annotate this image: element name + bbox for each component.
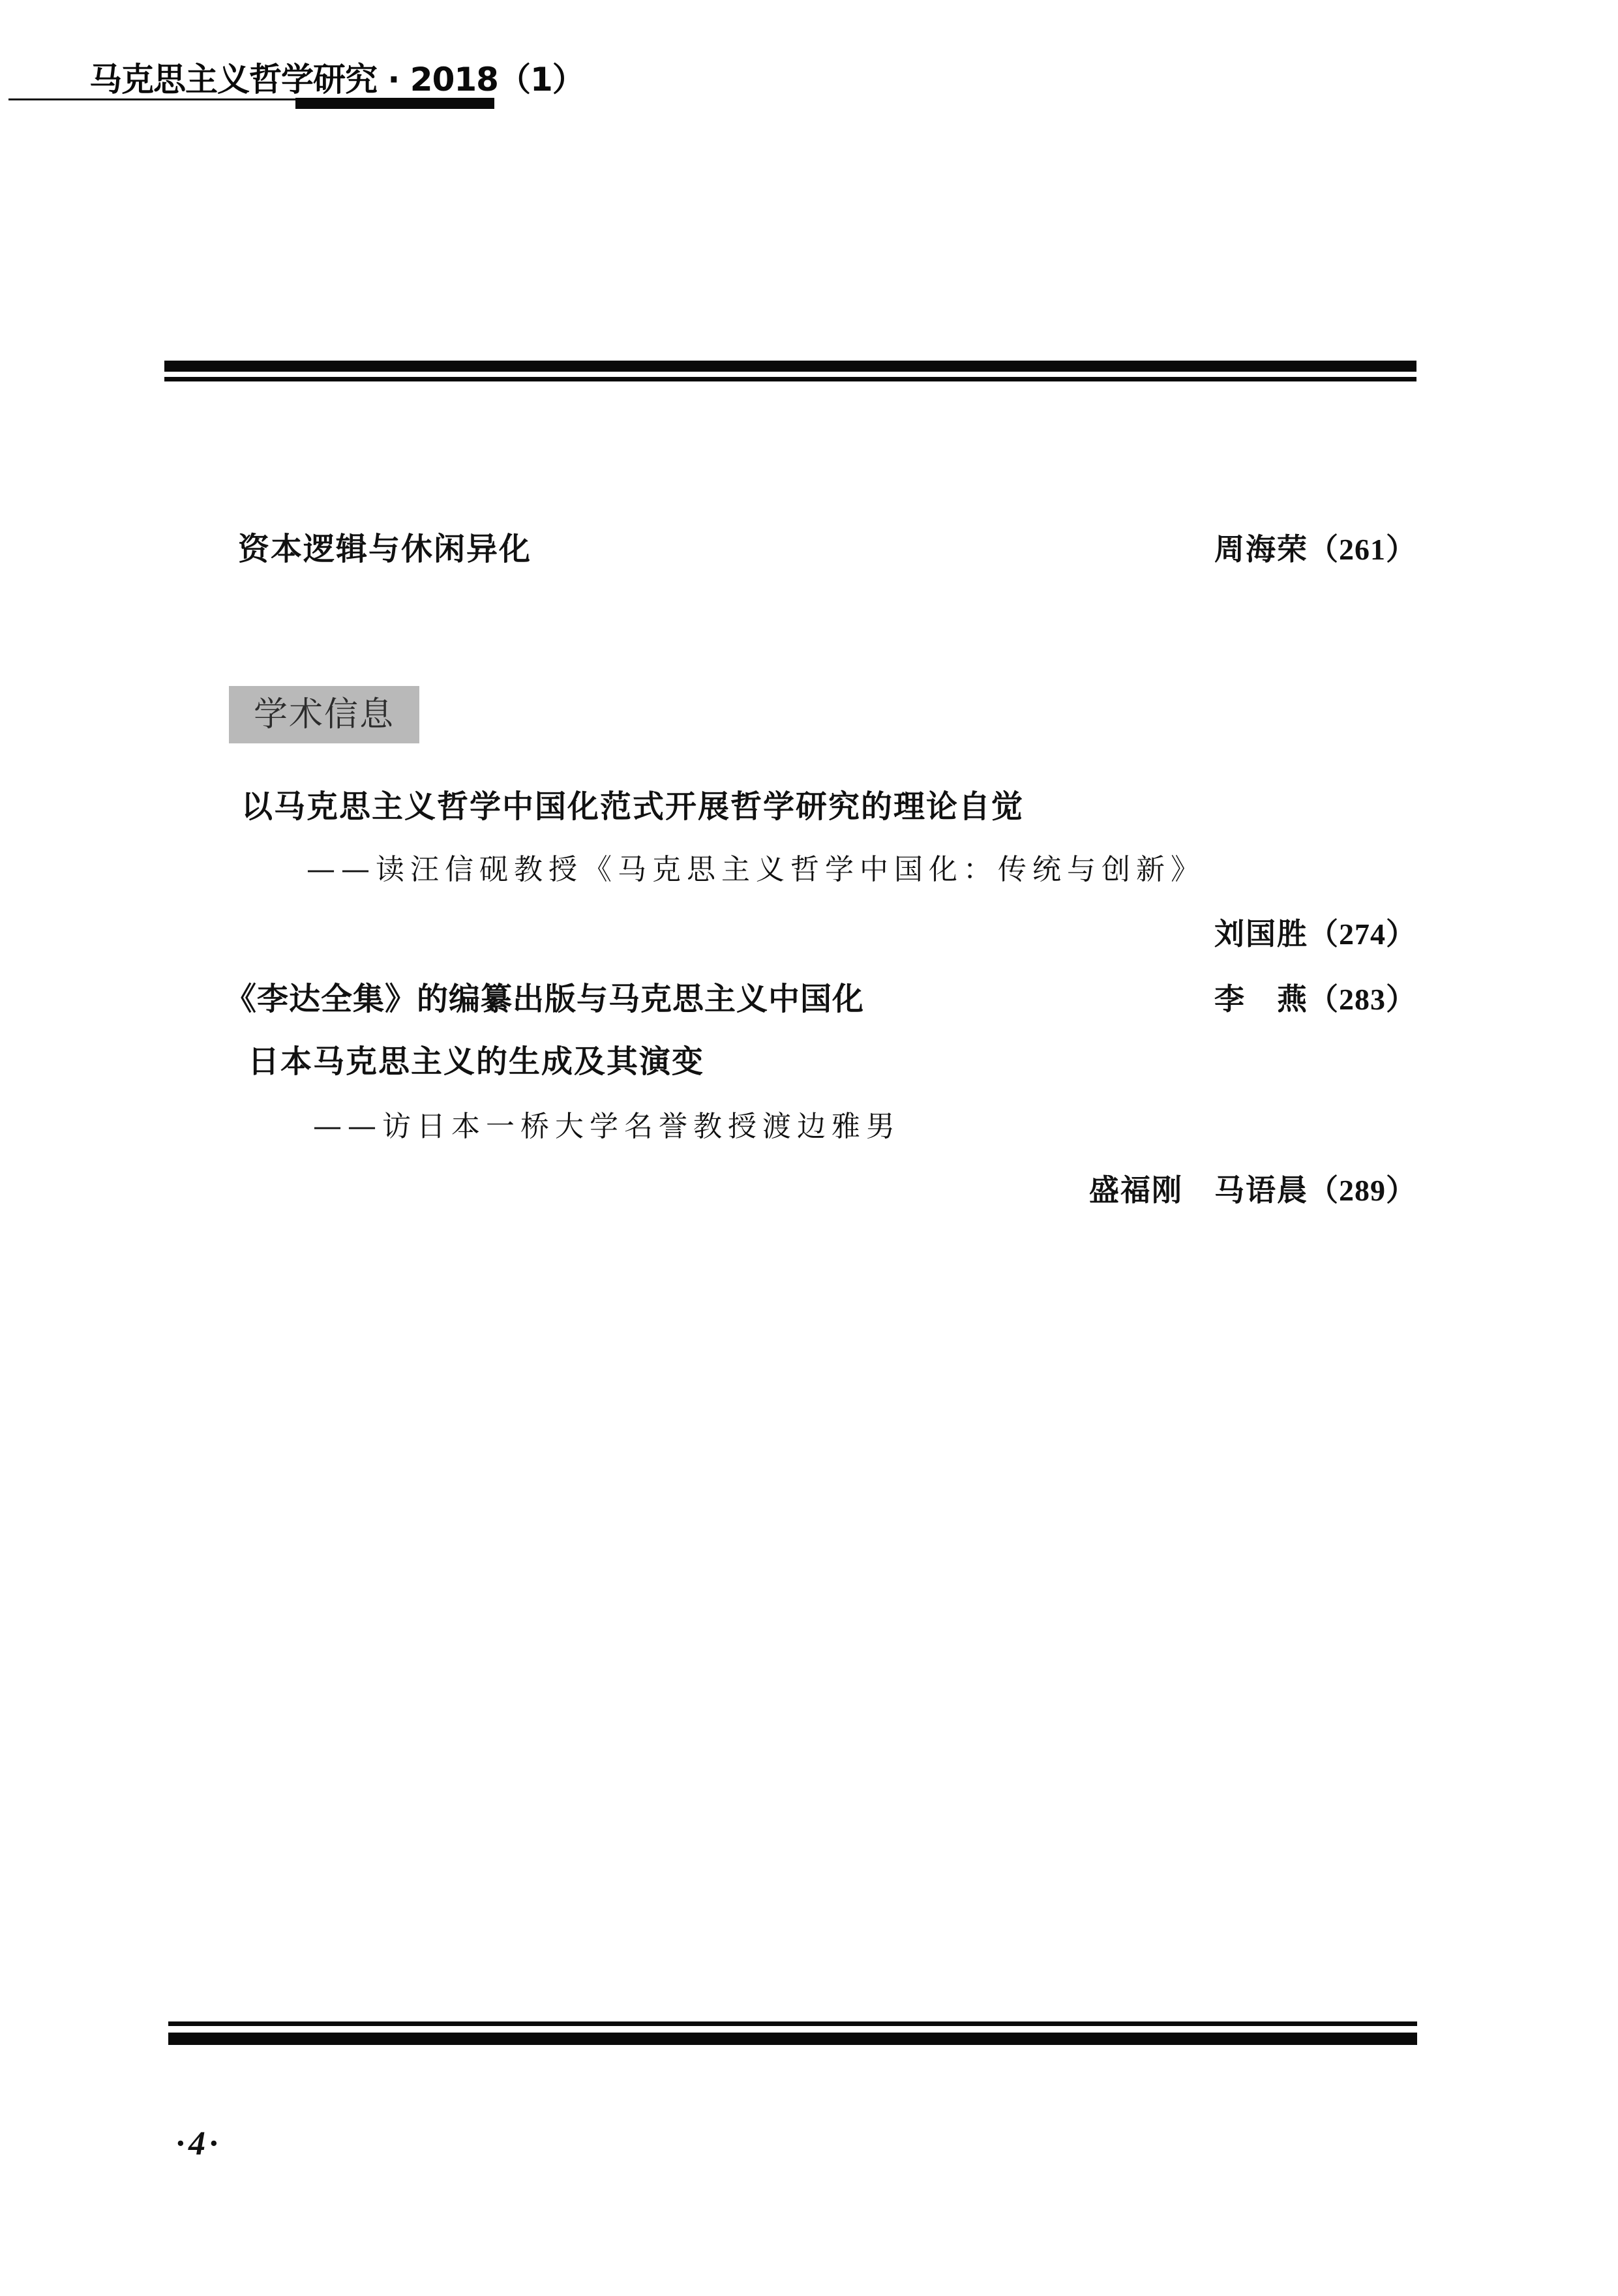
toc-entry-author: 李 燕（283） <box>1214 981 1416 1018</box>
running-header: 马克思主义哲学研究 · 2018（1） <box>89 60 584 99</box>
author-name: 盛福刚 马语晨 <box>1089 1172 1308 1208</box>
author-name: 李 燕 <box>1214 981 1308 1017</box>
toc-entry-title[interactable]: 《李达全集》的编纂出版与马克思主义中国化 <box>225 981 864 1017</box>
section-label: 学术信息 <box>229 686 419 743</box>
page-ref[interactable]: （283） <box>1308 983 1416 1016</box>
author-name: 周海荣 <box>1214 531 1308 567</box>
toc-entry-author: 盛福刚 马语晨（289） <box>1089 1172 1416 1209</box>
toc-entry-author: 周海荣（261） <box>1214 531 1416 568</box>
bottom-rule-thick <box>168 2033 1417 2045</box>
top-rule-thin <box>164 377 1416 381</box>
page-number: ·4· <box>176 2125 222 2164</box>
toc-entry-subtitle: ——读汪信砚教授《马克思主义哲学中国化：传统与创新》 <box>307 852 1205 888</box>
header-underline-thin <box>8 98 295 100</box>
page-ref[interactable]: （289） <box>1308 1174 1416 1207</box>
top-rule-thick <box>164 361 1416 372</box>
page-ref[interactable]: （274） <box>1308 917 1416 951</box>
author-name: 刘国胜 <box>1214 916 1308 951</box>
toc-entry-subtitle: ——访日本一桥大学名誉教授渡边雅男 <box>313 1109 901 1145</box>
bottom-rule-thin <box>168 2021 1417 2026</box>
toc-entry-title[interactable]: 日本马克思主义的生成及其演变 <box>248 1043 704 1080</box>
toc-entry-title[interactable]: 资本逻辑与休闲异化 <box>238 531 532 567</box>
header-underline-thick <box>295 98 494 109</box>
toc-entry-author: 刘国胜（274） <box>1214 916 1416 953</box>
page-ref[interactable]: （261） <box>1308 533 1416 566</box>
toc-entry-title[interactable]: 以马克思主义哲学中国化范式开展哲学研究的理论自觉 <box>241 788 1024 825</box>
